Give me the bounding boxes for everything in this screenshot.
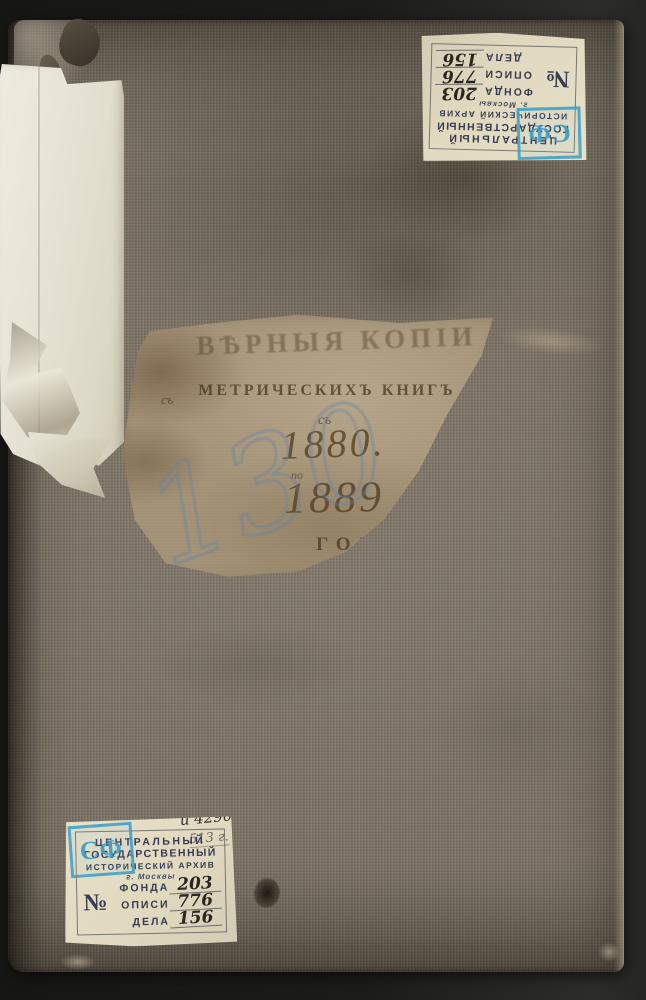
cloth-stain bbox=[338, 220, 488, 330]
number-symbol: № bbox=[545, 64, 570, 92]
field-label: ДЕЛА bbox=[112, 916, 170, 929]
archive-label-top: ЦЕНТРАЛЬНЫЙ ГОСУДАРСТВЕННЫЙ ИСТОРИЧЕСКИЙ… bbox=[418, 31, 589, 165]
title-line2-prefix: съ bbox=[161, 392, 173, 408]
archive-fields: № ФОНДА 203 ОПИСИ 776 ДЕЛА 156 bbox=[81, 877, 222, 931]
field-row-delo: ДЕЛА 156 bbox=[436, 49, 542, 68]
photo-background: ВѢРНЫЯ КОПІИ съ МЕТРИЧЕСКИХЪ КНИГЪ съ 18… bbox=[0, 0, 646, 1000]
field-row-fond: ФОНДА 203 bbox=[435, 83, 541, 102]
field-label: ОПИСИ bbox=[111, 899, 169, 912]
repair-tape bbox=[0, 64, 124, 466]
field-row-delo: ДЕЛА 156 bbox=[112, 911, 222, 929]
archive-field-rows: ФОНДА 203 ОПИСИ 776 ДЕЛА 156 bbox=[435, 48, 542, 102]
field-label: ДЕЛА bbox=[484, 50, 542, 64]
cover-edge-highlight bbox=[614, 20, 624, 972]
archive-field-rows: ФОНДА 203 ОПИСИ 776 ДЕЛА 156 bbox=[111, 877, 222, 930]
frayed-corner-bottom-right bbox=[598, 942, 620, 962]
sf-blue-stamp: СФ bbox=[68, 822, 136, 879]
frayed-corner-bottom-left bbox=[60, 954, 96, 970]
archive-label-bottom: и 4290 513 г. ЦЕНТРАЛЬНЫЙ ГОСУДАРСТВЕННЫ… bbox=[63, 816, 238, 948]
field-value-handwritten: 203 bbox=[435, 84, 483, 100]
field-value-handwritten: 776 bbox=[436, 67, 484, 83]
archive-fields: № ФОНДА 203 ОПИСИ 776 ДЕЛА 156 bbox=[435, 48, 572, 103]
cloth-stain bbox=[428, 660, 608, 800]
field-row-opis: ОПИСИ 776 bbox=[435, 66, 541, 85]
field-label: ОПИСИ bbox=[483, 67, 541, 81]
field-label: ФОНДА bbox=[483, 84, 541, 98]
abrasion-streak bbox=[495, 322, 607, 359]
field-label: ФОНДА bbox=[111, 882, 169, 895]
cloth-hole bbox=[251, 875, 283, 910]
number-symbol: № bbox=[83, 890, 108, 917]
sf-blue-stamp: СФ bbox=[516, 106, 581, 160]
tape-crumple bbox=[2, 322, 102, 452]
field-value-handwritten: 156 bbox=[436, 50, 484, 66]
cloth-stain bbox=[148, 620, 368, 710]
field-value-handwritten: 156 bbox=[170, 910, 223, 929]
